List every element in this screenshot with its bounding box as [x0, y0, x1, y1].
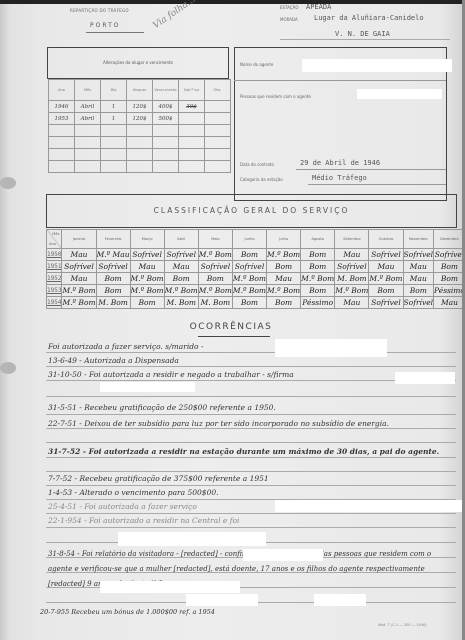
station-category-value: Médio Tráfego: [312, 174, 367, 182]
handwritten-annotation: Via folha...: [152, 0, 198, 31]
month-header: Fevereiro: [96, 230, 130, 249]
redacted-block: [275, 500, 465, 512]
divider: [234, 80, 446, 81]
month-header: Maio: [198, 230, 232, 249]
ruled-line: [46, 366, 456, 367]
city-label: PORTO: [90, 22, 120, 29]
ruled-line: [46, 352, 456, 353]
month-header: Agosto: [301, 230, 335, 249]
station-category-label: Categoria da estação: [240, 177, 283, 182]
divider: [308, 184, 446, 185]
table-row: 1953 Abril 1 120$ 500$: [49, 113, 231, 125]
divider: [86, 32, 144, 33]
month-header: Julho: [267, 230, 301, 249]
occurrence-entry: 22-7-51 - Deixou de ter subsídio para lu…: [48, 417, 448, 430]
col-header: Obs.: [205, 80, 231, 101]
title-underline: [198, 336, 270, 337]
table-row: 1946 Abril 1 120$ 400$ 30$: [49, 101, 231, 113]
contract-date-label: Data do contrato: [240, 162, 274, 167]
ruled-line: [46, 396, 456, 397]
occurrence-entry: 31-10-50 - Foi autorizada a residir e ne…: [48, 370, 294, 379]
salary-changes-title-box: Alterações do alugar e vencimento: [47, 47, 229, 79]
occurrence-entry: 20-7-955 Recebeu um bónus de 1.000$00 re…: [40, 608, 215, 616]
table-row: 1954 M.º Bom M. Bom Bom M. Bom M. Bom Bo…: [47, 297, 465, 309]
residents-label: Pessoas que residem com o agente: [240, 94, 311, 99]
corner-cell: Mês Ano: [47, 230, 62, 249]
divider: [296, 169, 446, 170]
classification-title-box: CLASSIFICAÇÃO GERAL DO SERVIÇO: [46, 194, 457, 228]
occurrence-entry: 1-4-53 - Alterado o vencimento para 500$…: [48, 488, 219, 497]
divider: [280, 39, 450, 40]
col-header: Mês: [75, 80, 101, 101]
redacted-block: [314, 594, 366, 606]
col-header: Venci-mento: [153, 80, 179, 101]
occurrence-entry: 7-7-52 - Recebeu gratificação de 375$00 …: [48, 474, 269, 483]
form-code: Mod. T (C-1 — 300 — 1946): [378, 623, 427, 627]
month-header: Abril: [164, 230, 198, 249]
table-row: 1951 Sofrível Sofrível Mau Mau Sofrível …: [47, 261, 465, 273]
month-header: Janeiro: [62, 230, 96, 249]
occurrences-title: OCORRÊNCIAS: [0, 322, 462, 332]
redacted-block: [243, 549, 323, 561]
month-header: Outubro: [369, 230, 403, 249]
redacted-block: [100, 382, 195, 392]
ruled-line: [46, 485, 456, 486]
redacted-residents: [357, 89, 442, 99]
redacted-block: [395, 372, 455, 384]
table-row: 1952 Mau Bom M.º Bom Bom Bom M.º Bom Mau…: [47, 273, 465, 285]
redacted-agent-name: [302, 59, 452, 72]
punch-hole: [0, 362, 16, 374]
col-header: Ano: [49, 80, 75, 101]
salary-changes-table: Ano Mês Dia Aluguer Venci-mento Sub.º lu…: [48, 79, 231, 173]
occurrence-entry: 13-6-49 - Autorizada a Dispensada: [48, 356, 179, 365]
ruled-line: [46, 527, 456, 528]
ruled-line: [46, 513, 456, 514]
department-label: REPARTIÇÃO DO TRÁFEGO: [70, 8, 129, 13]
address-label: MORADA: [280, 17, 298, 22]
ruled-line: [46, 442, 456, 443]
occurrence-entry: Foi autorizada a fazer serviço. s/marido…: [48, 342, 204, 351]
station-label: ESTAÇÃO: [280, 5, 298, 10]
table-row: 1953 M.º Bom Bom M.º Bom M.º Bom M.º Bom…: [47, 285, 465, 297]
occurrence-entry: 31-7-52 - Foi autorizada a residir na es…: [48, 445, 448, 458]
contract-date-value: 29 de Abril de 1946: [300, 159, 380, 167]
occurrence-entry: 25-4-51 - Foi autorizada a fazer serviço: [48, 502, 197, 511]
agent-name-label: Nome do agente: [240, 62, 273, 67]
record-card: REPARTIÇÃO DO TRÁFEGO PORTO Via folha...…: [0, 4, 462, 640]
col-header: Aluguer: [127, 80, 153, 101]
occurrence-entry: 31-5-51 - Recebeu gratificação de 250$00…: [48, 402, 453, 414]
table-row: [49, 137, 231, 149]
month-header: Novembro: [403, 230, 434, 249]
redacted-block: [100, 581, 240, 593]
month-header: Junho: [232, 230, 266, 249]
redacted-block: [275, 339, 387, 357]
month-header: Março: [130, 230, 164, 249]
redacted-block: [118, 532, 266, 546]
month-header: Dezembro: [434, 230, 465, 249]
table-row: 1950 Mau M.º Mau Sofrível Sofrível M.º B…: [47, 249, 465, 261]
redacted-block: [186, 594, 258, 606]
address-value: Lugar da Aluñiara-Canidelo: [314, 14, 424, 22]
month-header: Setembro: [335, 230, 369, 249]
salary-changes-title: Alterações do alugar e vencimento: [48, 60, 228, 65]
occurrence-entry: 22-1-954 - Foi autorizado a residir na C…: [48, 516, 239, 525]
punch-hole: [0, 177, 16, 189]
ruled-line: [46, 471, 456, 472]
table-row: [49, 125, 231, 137]
station-value: APEADA: [306, 3, 331, 11]
table-row: [49, 149, 231, 161]
struck-value: 30$: [179, 101, 205, 113]
classification-table: Mês Ano Janeiro Fevereiro Março Abril Ma…: [46, 229, 465, 309]
col-header: Sub.º luz: [179, 80, 205, 101]
table-row: [49, 161, 231, 173]
town-value: V. N. DE GAIA: [335, 30, 390, 38]
col-header: Dia: [101, 80, 127, 101]
classification-title: CLASSIFICAÇÃO GERAL DO SERVIÇO: [47, 206, 456, 215]
ruled-line: [46, 414, 456, 415]
